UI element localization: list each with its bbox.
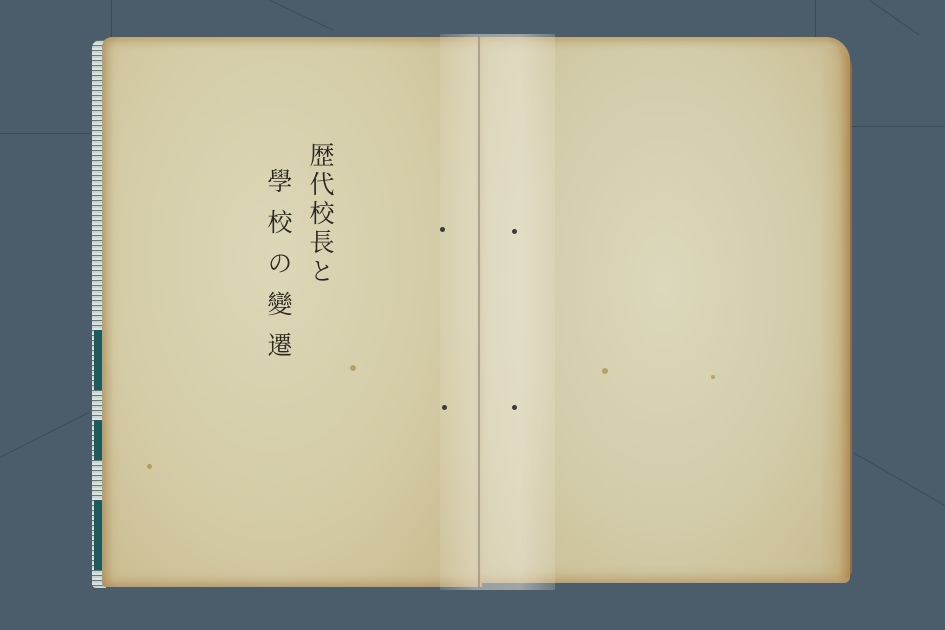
paper-stain	[147, 464, 152, 469]
title-line-2: 學校の變遷	[266, 168, 291, 373]
stitch-hole	[440, 227, 445, 232]
open-book: 歴代校長と 學校の變遷	[0, 0, 945, 630]
page-title: 歴代校長と 學校の變遷	[262, 142, 352, 382]
stitch-hole	[512, 229, 517, 234]
cover-print	[94, 500, 102, 570]
binding-tape	[440, 34, 555, 590]
title-line-1: 歴代校長と	[308, 142, 333, 287]
paper-stain	[602, 368, 608, 374]
book-gutter	[478, 36, 480, 588]
cover-print	[94, 330, 102, 390]
stitch-hole	[512, 405, 517, 410]
cover-print	[94, 420, 102, 460]
stitch-hole	[442, 405, 447, 410]
paper-stain	[711, 375, 715, 379]
right-page-edge	[820, 48, 852, 578]
